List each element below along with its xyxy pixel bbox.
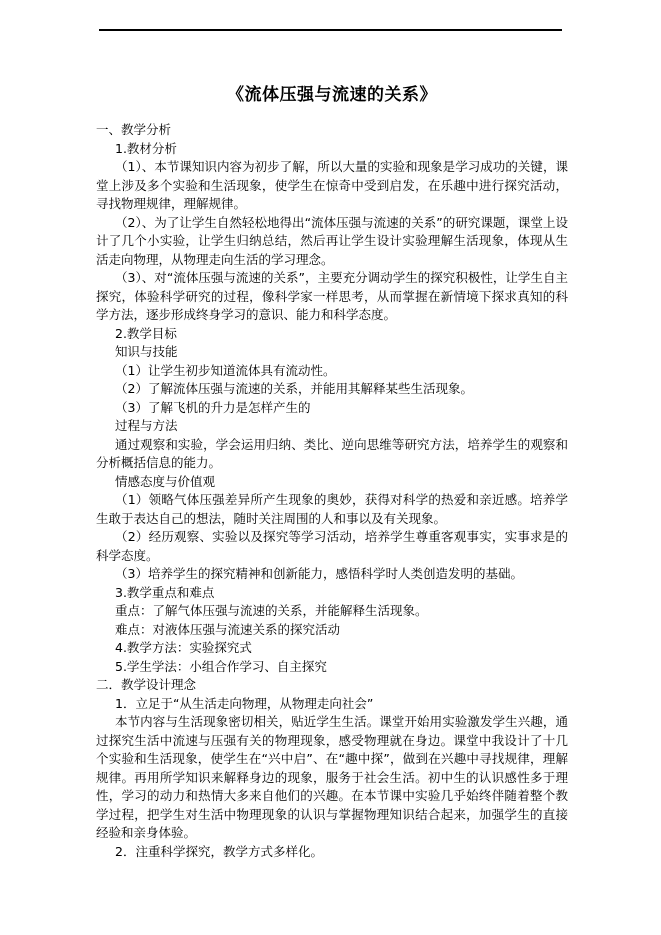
doc-paragraph: （1）领略气体压强差异所产生现象的奥妙，获得对科学的热爱和亲近感。培养学生敢于表… — [96, 491, 568, 528]
section-heading-1: 一、教学分析 — [96, 121, 568, 140]
doc-line: 5.学生学法：小组合作学习、自主探究 — [96, 658, 568, 677]
doc-paragraph: 本节内容与生活现象密切相关，贴近学生生活。课堂开始用实验激发学生兴趣，通过探究生… — [96, 713, 568, 843]
document-title: 《流体压强与流速的关系》 — [96, 84, 568, 106]
doc-paragraph: 通过观察和实验，学会运用归纳、类比、逆向思维等研究方法，培养学生的观察和分析概括… — [96, 436, 568, 473]
doc-line: 3.教学重点和难点 — [96, 584, 568, 603]
doc-line: 难点：对液体压强与流速关系的探究活动 — [96, 621, 568, 640]
doc-line: 知识与技能 — [96, 343, 568, 362]
doc-line: 过程与方法 — [96, 417, 568, 436]
header-rule — [99, 29, 562, 31]
section-heading-2: 二．教学设计理念 — [96, 676, 568, 695]
doc-line: 2.教学目标 — [96, 325, 568, 344]
doc-line: 重点：了解气体压强与流速的关系，并能解释生活现象。 — [96, 602, 568, 621]
doc-paragraph: （2）经历观察、实验以及探究等学习活动，培养学生尊重客观事实，实事求是的科学态度… — [96, 528, 568, 565]
document-page: 《流体压强与流速的关系》 一、教学分析 1.教材分析 （1）、本节课知识内容为初… — [0, 0, 661, 935]
doc-line: 2．注重科学探究，教学方式多样化。 — [96, 843, 568, 862]
doc-line: （3）培养学生的探究精神和创新能力，感悟科学时人类创造发明的基础。 — [96, 565, 568, 584]
doc-paragraph: （2）、为了让学生自然轻松地得出“流体压强与流速的关系”的研究课题，课堂上设计了… — [96, 214, 568, 270]
doc-line: （3）了解飞机的升力是怎样产生的 — [96, 399, 568, 418]
doc-line: 1．立足于“从生活走向物理，从物理走向社会” — [96, 695, 568, 714]
doc-line: 情感态度与价值观 — [96, 473, 568, 492]
doc-line: （1）让学生初步知道流体具有流动性。 — [96, 362, 568, 381]
document-body: 《流体压强与流速的关系》 一、教学分析 1.教材分析 （1）、本节课知识内容为初… — [96, 84, 568, 861]
doc-paragraph: （1）、本节课知识内容为初步了解，所以大量的实验和现象是学习成功的关键，课堂上涉… — [96, 158, 568, 214]
doc-paragraph: （3）、对“流体压强与流速的关系”，主要充分调动学生的探究积极性，让学生自主探究… — [96, 269, 568, 325]
doc-line: 4.教学方法：实验探究式 — [96, 639, 568, 658]
doc-line: （2）了解流体压强与流速的关系，并能用其解释某些生活现象。 — [96, 380, 568, 399]
doc-line: 1.教材分析 — [96, 140, 568, 159]
